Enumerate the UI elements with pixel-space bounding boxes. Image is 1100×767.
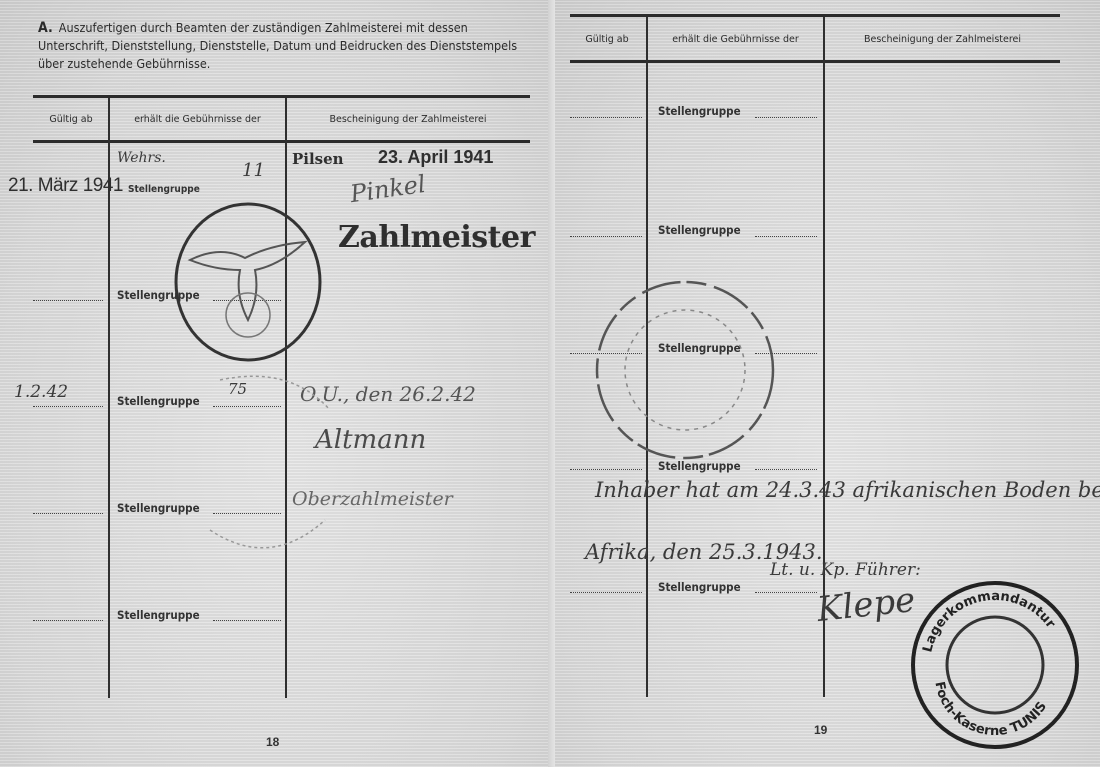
row-label: Stellengruppe: [658, 223, 741, 237]
dotted-line: [213, 620, 281, 621]
row-label: Stellengruppe: [117, 394, 200, 408]
faded-stamp-icon: [200, 370, 340, 570]
header-receives: erhält die Gebührnisse der: [110, 114, 285, 125]
right-page: Gültig ab erhält die Gebührnisse der Bes…: [555, 0, 1100, 767]
table-header-rule: [570, 60, 1060, 63]
header-valid-from: Gültig ab: [570, 34, 644, 45]
valid-from-date: 21. März 1941: [8, 175, 123, 197]
svg-text:Foch-Kaserne TUNIS: Foch-Kaserne TUNIS: [931, 680, 1050, 739]
dotted-line: [570, 236, 642, 237]
certification-title: Zahlmeister: [338, 220, 535, 255]
dotted-line: [33, 513, 103, 514]
row-label: Stellengruppe: [117, 501, 200, 515]
signature: Pinkel: [348, 170, 427, 208]
header-certification: Bescheinigung der Zahlmeisterei: [825, 34, 1060, 45]
eagle-stamp-icon: [160, 200, 350, 370]
row-label: Stellengruppe: [117, 608, 200, 622]
dotted-line: [33, 620, 103, 621]
header-receives: erhält die Gebührnisse der: [648, 34, 823, 45]
left-page: A.Auszufertigen durch Beamten der zustän…: [0, 0, 555, 767]
handwritten-note-line: Inhaber hat am 24.3.43 afrikanischen Bod…: [595, 478, 1100, 502]
instruction-letter: A.: [38, 20, 53, 36]
table-top-rule: [570, 14, 1060, 17]
row-label: Stellengruppe: [128, 184, 200, 195]
handwritten-note-line: Lt. u. Kp. Führer:: [770, 560, 921, 580]
page-number: 19: [814, 723, 827, 737]
dotted-line: [755, 236, 817, 237]
instruction-text: A.Auszufertigen durch Beamten der zustän…: [38, 19, 538, 73]
dotted-line: [755, 592, 817, 593]
certification-date: 23. April 1941: [378, 147, 493, 168]
dotted-line: [570, 592, 642, 593]
faded-round-stamp-icon: [585, 270, 785, 470]
dotted-line: [570, 117, 642, 118]
dotted-line: [755, 117, 817, 118]
dotted-line: [33, 406, 103, 407]
page-number: 18: [266, 735, 279, 749]
certification-place: Pilsen: [292, 150, 344, 168]
valid-from-date: 1.2.42: [14, 382, 68, 402]
row-value: 11: [242, 160, 265, 181]
lagerkommandantur-stamp-icon: Lagerkommandantur Foch-Kaserne TUNIS: [905, 570, 1085, 750]
header-valid-from: Gültig ab: [36, 114, 106, 125]
instruction-body: Auszufertigen durch Beamten der zuständi…: [38, 20, 517, 71]
rank-prefix: Wehrs.: [117, 150, 166, 166]
stamp-text-bottom: Foch-Kaserne TUNIS: [931, 680, 1050, 739]
header-certification: Bescheinigung der Zahlmeisterei: [288, 114, 528, 125]
row-label: Stellengruppe: [658, 580, 741, 594]
signature: Klepe: [815, 580, 917, 630]
row-label: Stellengruppe: [658, 104, 741, 118]
dotted-line: [33, 300, 103, 301]
